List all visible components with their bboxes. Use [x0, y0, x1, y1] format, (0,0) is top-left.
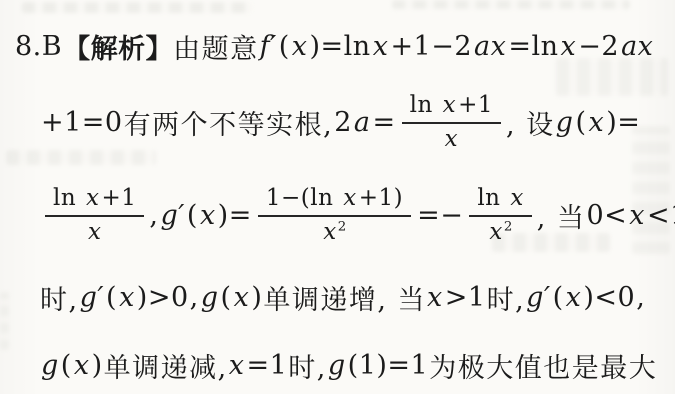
fraction-denominator: x2: [258, 217, 411, 245]
text-segment: )=: [605, 107, 641, 138]
text-segment: −2: [577, 31, 620, 62]
text-segment: x: [565, 282, 583, 313]
text-segment: =ln: [507, 31, 559, 62]
text-segment: x: [228, 350, 246, 381]
text-segment: (: [552, 282, 565, 313]
text-segment: (: [60, 350, 73, 381]
text-segment: (: [186, 200, 199, 231]
text-segment: x: [322, 219, 337, 245]
fraction-denominator: x2: [469, 217, 531, 245]
text-segment: (: [105, 282, 118, 313]
fraction-numerator: ln x+1: [45, 185, 144, 216]
solution-line-3: ln x+1x, g′(x)=1−(ln x+1)x2=−ln xx2, 当 0…: [40, 181, 675, 249]
text-segment: +1: [100, 185, 137, 211]
text-segment: ln: [409, 92, 442, 118]
text-segment: 【解析】: [63, 27, 173, 66]
text-segment: 时,: [40, 278, 79, 317]
text-segment: x: [426, 282, 444, 313]
text-segment: x: [233, 282, 251, 313]
fraction-denominator: x: [402, 124, 501, 152]
bleedthrough-smudge: [22, 2, 252, 13]
text-segment: 为极大值也是最大: [429, 346, 657, 385]
text-segment: ): [250, 282, 263, 313]
fraction: 1−(ln x+1)x2: [258, 185, 411, 245]
text-segment: ax: [473, 31, 507, 62]
text-segment: +1): [358, 185, 404, 211]
fraction: ln xx2: [469, 185, 531, 245]
text-segment: g: [200, 282, 220, 313]
text-segment: +1−2: [389, 31, 473, 62]
scanned-solution-page: 8.B 【解析】由题意 f′(x)=ln x+1−2ax=ln x−2ax+1=…: [0, 0, 675, 394]
text-segment: +1=0: [40, 107, 124, 138]
text-segment: ,: [190, 282, 200, 313]
text-segment: (: [220, 282, 233, 313]
text-segment: (: [278, 31, 291, 62]
text-segment: g: [555, 107, 575, 138]
text-segment: 时,: [487, 278, 526, 317]
text-segment: 2: [333, 107, 353, 138]
text-segment: (1)=1: [347, 350, 430, 381]
bleedthrough-smudge: [0, 292, 9, 350]
text-segment: ): [91, 350, 104, 381]
text-segment: ,: [149, 200, 159, 231]
text-segment: =−: [416, 200, 464, 231]
text-segment: x: [488, 219, 503, 245]
text-segment: , 当: [537, 196, 586, 235]
text-segment: =1: [245, 350, 288, 381]
text-segment: )<0: [582, 282, 636, 313]
text-segment: x: [444, 126, 459, 152]
text-segment: 1−(ln: [265, 185, 342, 211]
text-segment: x: [342, 185, 357, 211]
fraction-numerator: ln x: [469, 185, 531, 216]
text-segment: <1: [646, 200, 675, 231]
text-segment: (: [574, 107, 587, 138]
fraction-numerator: 1−(ln x+1): [258, 185, 411, 216]
text-segment: 有两个不等实根,: [124, 103, 334, 142]
text-segment: x: [118, 282, 136, 313]
text-segment: 8.B: [14, 31, 63, 62]
text-segment: x: [560, 31, 578, 62]
solution-line-1: 8.B 【解析】由题意 f′(x)=ln x+1−2ax=ln x−2ax: [14, 26, 654, 66]
text-segment: 0<: [585, 200, 628, 231]
text-segment: 2: [338, 219, 347, 234]
text-segment: x: [628, 200, 646, 231]
text-segment: ax: [620, 31, 654, 62]
text-segment: >1: [444, 282, 487, 313]
text-segment: ln: [52, 185, 85, 211]
text-segment: g: [327, 350, 347, 381]
text-segment: +1: [457, 92, 494, 118]
text-segment: x: [372, 31, 390, 62]
text-segment: a: [353, 107, 372, 138]
text-segment: x: [291, 31, 309, 62]
text-segment: g: [40, 350, 60, 381]
text-segment: )=ln: [309, 31, 372, 62]
fraction-numerator: ln x+1: [402, 92, 501, 123]
fraction-denominator: x: [45, 217, 144, 245]
text-segment: x: [199, 200, 217, 231]
text-segment: g′: [159, 200, 185, 231]
solution-line-5: g(x)单调递减, x=1 时, g(1)=1 为极大值也是最大: [40, 344, 657, 386]
text-segment: 2: [504, 219, 513, 234]
text-segment: )=: [217, 200, 253, 231]
text-segment: ln: [476, 185, 509, 211]
text-segment: x: [73, 350, 91, 381]
text-segment: x: [85, 185, 100, 211]
text-segment: x: [442, 92, 457, 118]
fraction: ln x+1x: [45, 185, 144, 245]
fraction: ln x+1x: [402, 92, 501, 152]
text-segment: g′: [525, 282, 551, 313]
text-segment: f′: [259, 31, 278, 62]
text-segment: x: [509, 185, 524, 211]
text-segment: 单调递减,: [104, 346, 228, 385]
text-segment: ,: [636, 282, 646, 313]
bleedthrough-smudge: [392, 0, 630, 9]
solution-line-2: +1=0 有两个不等实根, 2a=ln x+1x, 设 g(x)=: [40, 90, 641, 154]
solution-line-4: 时, g′(x)>0, g(x)单调递增, 当 x>1 时, g′(x)<0,: [40, 276, 646, 318]
text-segment: g′: [79, 282, 105, 313]
text-segment: x: [588, 107, 606, 138]
text-segment: , 设: [506, 103, 555, 142]
text-segment: =: [372, 107, 397, 138]
text-segment: 时,: [288, 346, 327, 385]
text-segment: 单调递增, 当: [263, 278, 426, 317]
text-segment: x: [87, 219, 102, 245]
text-segment: )>0: [136, 282, 190, 313]
text-segment: 由题意: [173, 27, 259, 66]
